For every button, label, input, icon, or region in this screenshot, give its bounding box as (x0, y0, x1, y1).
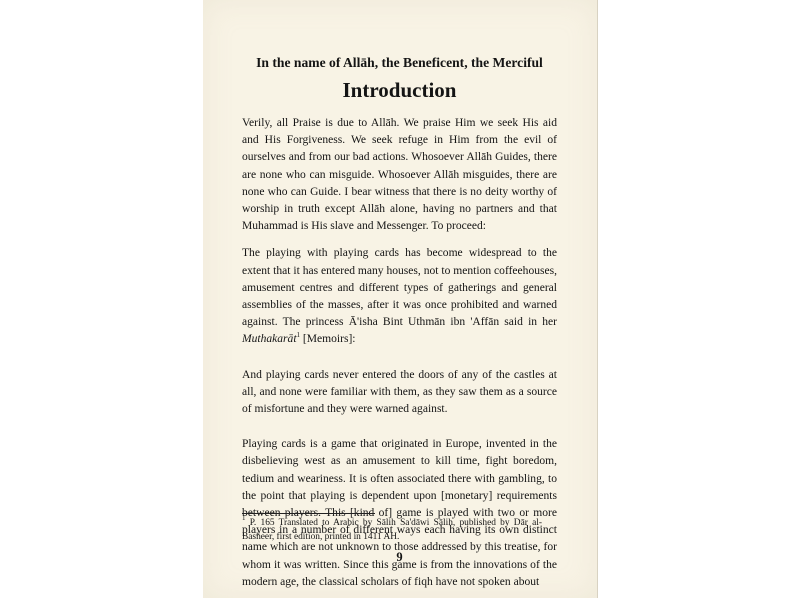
footnote: 1 P. 165 Translated to Arabic by Sālih S… (242, 516, 542, 544)
book-title-italic: Muthakarāt (242, 333, 297, 345)
paragraph-playing-cards-spread: The playing with playing cards has becom… (242, 245, 557, 348)
paragraph-text: The playing with playing cards has becom… (242, 247, 557, 328)
page-number: 9 (242, 550, 557, 565)
page-title: Introduction (242, 77, 557, 103)
paragraph-text: [Memoirs]: (300, 333, 355, 345)
footnote-divider (242, 513, 375, 514)
footnote-text: P. 165 Translated to Arabic by Sālih Sa'… (242, 518, 542, 542)
basmala-heading: In the name of Allāh, the Beneficent, th… (232, 55, 567, 71)
book-page: In the name of Allāh, the Beneficent, th… (203, 0, 598, 598)
paragraph-quote-memoirs: And playing cards never entered the door… (242, 367, 557, 419)
paragraph-opening-praise: Verily, all Praise is due to Allāh. We p… (242, 115, 557, 235)
